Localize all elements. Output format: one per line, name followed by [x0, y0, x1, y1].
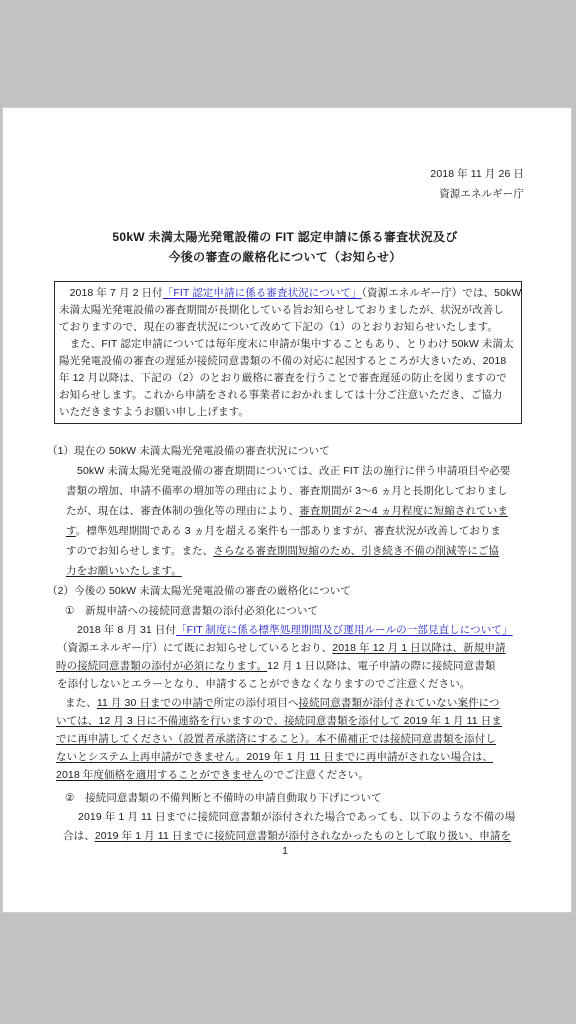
- text-segment: ないとシステム上再申請ができません。2019 年 1 月 11 日までに再申請が…: [56, 751, 493, 763]
- text-segment: いただきますようお願い申し上げます。: [59, 406, 249, 418]
- body-text-line: ① 新規申請への接続同意書類の添付必須化について: [65, 605, 318, 618]
- body-text-line: 50kW 未満太陽光発電設備の審査期間については、改正 FIT 法の施行に伴う申…: [77, 465, 511, 478]
- text-segment: また、FIT 認定申請については毎年度末に申請が集中することもあり、とりわけ 5…: [59, 338, 514, 350]
- text-segment: （資源エネルギー庁）にて既にお知らせしているとおり、: [57, 642, 332, 654]
- text-segment: す: [66, 525, 76, 537]
- text-segment: 時の接続同意書類の添付が必須になります。: [56, 660, 267, 672]
- text-segment: 2018 年 8 月 31 日付: [77, 624, 176, 636]
- text-segment: ておりますので、現在の審査状況について改めて下記の（1）のとおりお知らせいたしま…: [59, 321, 498, 333]
- notice-box-line: ておりますので、現在の審査状況について改めて下記の（1）のとおりお知らせいたしま…: [59, 319, 517, 336]
- body-text-line: （1）現在の 50kW 未満太陽光発電設備の審査状況について: [47, 445, 330, 458]
- text-segment: （資源エネルギー庁）では、50kW: [362, 287, 522, 299]
- body-text-line: 力をお願いいたします。: [66, 565, 182, 578]
- notice-box-line: お知らせします。これから申請をされる事業者におかれましては十分ご注意いただき、ご…: [59, 387, 517, 404]
- notice-box-line: また、FIT 認定申請については毎年度末に申請が集中することもあり、とりわけ 5…: [59, 336, 517, 353]
- text-segment: 所定の添付項目へ: [214, 697, 299, 709]
- notice-box-line: 2018 年 7 月 2 日付「FIT 認定申請に係る審査状況について」（資源エ…: [59, 285, 517, 302]
- page-number: 1: [47, 845, 523, 857]
- text-segment: 陽光発電設備の審査の遅延が接続同意書類の不備の対応に起因するところが大きいため、…: [59, 355, 506, 367]
- text-segment: 11 月 30 日までの申請で: [97, 697, 214, 709]
- body-text-line: いては、12 月 3 日に不備連絡を行いますので、接続同意書類を添付して 201…: [56, 715, 502, 728]
- text-segment: たが、現在は、審査体制の強化等の理由により、: [66, 505, 299, 517]
- text-segment: 2019 年 1 月 11 日までに接続同意書類が添付されなかったものとして取り…: [95, 830, 511, 842]
- body-text-line: （資源エネルギー庁）にて既にお知らせしているとおり、2018 年 12 月 1 …: [57, 642, 506, 655]
- notice-box: 2018 年 7 月 2 日付「FIT 認定申請に係る審査状況について」（資源エ…: [54, 281, 522, 424]
- text-segment: 未満太陽光発電設備の審査期間が長期化している旨お知らせしておりましたが、状況が改…: [59, 304, 504, 316]
- document-agency: 資源エネルギー庁: [439, 188, 524, 201]
- text-segment: のでご注意ください。: [263, 769, 369, 781]
- text-segment: 。標準処理期間である 3 ヵ月を超える案件も一部ありますが、審査状況が改善してお…: [76, 525, 501, 537]
- text-segment: （1）現在の 50kW 未満太陽光発電設備の審査状況について: [47, 445, 330, 457]
- body-text-line: を添付しないとエラーとなり、申請することができなくなりますのでご注意ください。: [57, 678, 470, 691]
- body-text-line: 合は、2019 年 1 月 11 日までに接続同意書類が添付されなかったものとし…: [63, 830, 511, 843]
- text-segment: また、: [65, 697, 97, 709]
- body-text-line: ② 接続同意書類の不備判断と不備時の申請自動取り下げについて: [65, 792, 382, 805]
- body-text-line: すのでお知らせします。また、さらなる審査期間短縮のため、引き続き不備の削減等にご…: [66, 545, 499, 558]
- text-segment: すのでお知らせします。また、: [66, 545, 213, 557]
- body-text-line: 2018 年度価格を適用することができませんのでご注意ください。: [56, 769, 369, 782]
- document-page: 2018 年 11 月 26 日 資源エネルギー庁 50kW 未満太陽光発電設備…: [2, 107, 572, 913]
- text-segment: 2018 年 7 月 2 日付: [59, 287, 163, 299]
- document-title-line-1: 50kW 未満太陽光発電設備の FIT 認定申請に係る審査状況及び: [47, 228, 523, 245]
- text-segment: さらなる審査期間短縮のため、引き続き不備の削減等にご協: [213, 545, 499, 557]
- screenshot-root: { "colors":{"link":"#2424c8","text":"#1b…: [0, 0, 576, 1024]
- text-segment: 合は、: [63, 830, 95, 842]
- text-segment: （2）今後の 50kW 未満太陽光発電設備の審査の厳格化について: [47, 585, 351, 597]
- text-segment: ① 新規申請への接続同意書類の添付必須化について: [65, 605, 318, 617]
- text-segment: お知らせします。これから申請をされる事業者におかれましては十分ご注意いただき、ご…: [59, 389, 503, 401]
- text-segment: 審査期間が 2～4 ヵ月程度に短縮されていま: [299, 505, 508, 517]
- body-text-line: （2）今後の 50kW 未満太陽光発電設備の審査の厳格化について: [47, 585, 351, 598]
- text-segment: 2018 年 12 月 1 日以降は、新規申請: [332, 642, 505, 654]
- body-text-line: 2018 年 8 月 31 日付「FIT 制度に係る標準処理期間及び運用ルールの…: [77, 624, 513, 637]
- body-text-line: 時の接続同意書類の添付が必須になります。12 月 1 日以降は、電子申請の際に接…: [56, 660, 495, 673]
- text-segment: 力をお願いいたします。: [66, 565, 182, 577]
- text-segment: 書類の増加、申請不備率の増加等の理由により、審査期間が 3～6 ヵ月と長期化して…: [66, 485, 508, 497]
- body-text-line: す。標準処理期間である 3 ヵ月を超える案件も一部ありますが、審査状況が改善して…: [66, 525, 501, 538]
- body-text-line: 書類の増加、申請不備率の増加等の理由により、審査期間が 3～6 ヵ月と長期化して…: [66, 485, 508, 498]
- body-text-line: でに再申請してください（設置者承諾済にすること）。本不備補正では接続同意書類を添…: [56, 733, 496, 746]
- body-text-line: たが、現在は、審査体制の強化等の理由により、審査期間が 2～4 ヵ月程度に短縮さ…: [66, 505, 508, 518]
- notice-box-line: 未満太陽光発電設備の審査期間が長期化している旨お知らせしておりましたが、状況が改…: [59, 302, 517, 319]
- text-segment: 50kW 未満太陽光発電設備の審査期間については、改正 FIT 法の施行に伴う申…: [77, 465, 511, 477]
- document-date: 2018 年 11 月 26 日: [430, 168, 524, 181]
- text-segment: を添付しないとエラーとなり、申請することができなくなりますのでご注意ください。: [57, 678, 470, 690]
- text-segment: 年 12 月以降は、下記の（2）のとおり厳格に審査を行うことで審査遅延の防止を図…: [59, 372, 507, 384]
- body-text-line: また、11 月 30 日までの申請で所定の添付項目へ接続同意書類が添付されていな…: [65, 697, 500, 710]
- text-segment: 12 月 1 日以降は、電子申請の際に接続同意書類: [267, 660, 495, 672]
- text-segment: ② 接続同意書類の不備判断と不備時の申請自動取り下げについて: [65, 792, 382, 804]
- text-segment: いては、12 月 3 日に不備連絡を行いますので、接続同意書類を添付して 201…: [56, 715, 502, 727]
- notice-box-line: 陽光発電設備の審査の遅延が接続同意書類の不備の対応に起因するところが大きいため、…: [59, 353, 517, 370]
- notice-box-line: 年 12 月以降は、下記の（2）のとおり厳格に審査を行うことで審査遅延の防止を図…: [59, 370, 517, 387]
- text-segment: 2019 年 1 月 11 日までに接続同意書類が添付された場合であっても、以下…: [78, 811, 515, 823]
- text-segment: でに再申請してください（設置者承諾済にすること）。本不備補正では接続同意書類を添…: [56, 733, 496, 745]
- document-title-line-2: 今後の審査の厳格化について（お知らせ）: [47, 248, 523, 265]
- body-text-line: 2019 年 1 月 11 日までに接続同意書類が添付された場合であっても、以下…: [78, 811, 515, 824]
- inline-document-link[interactable]: 「FIT 認定申請に係る審査状況について」: [163, 287, 362, 299]
- notice-box-line: いただきますようお願い申し上げます。: [59, 404, 517, 421]
- inline-document-link[interactable]: 「FIT 制度に係る標準処理期間及び運用ルールの一部見直しについて」: [176, 624, 512, 636]
- text-segment: 2018 年度価格を適用することができません: [56, 769, 263, 781]
- text-segment: 接続同意書類が添付されていない案件につ: [298, 697, 499, 709]
- body-text-line: ないとシステム上再申請ができません。2019 年 1 月 11 日までに再申請が…: [56, 751, 493, 764]
